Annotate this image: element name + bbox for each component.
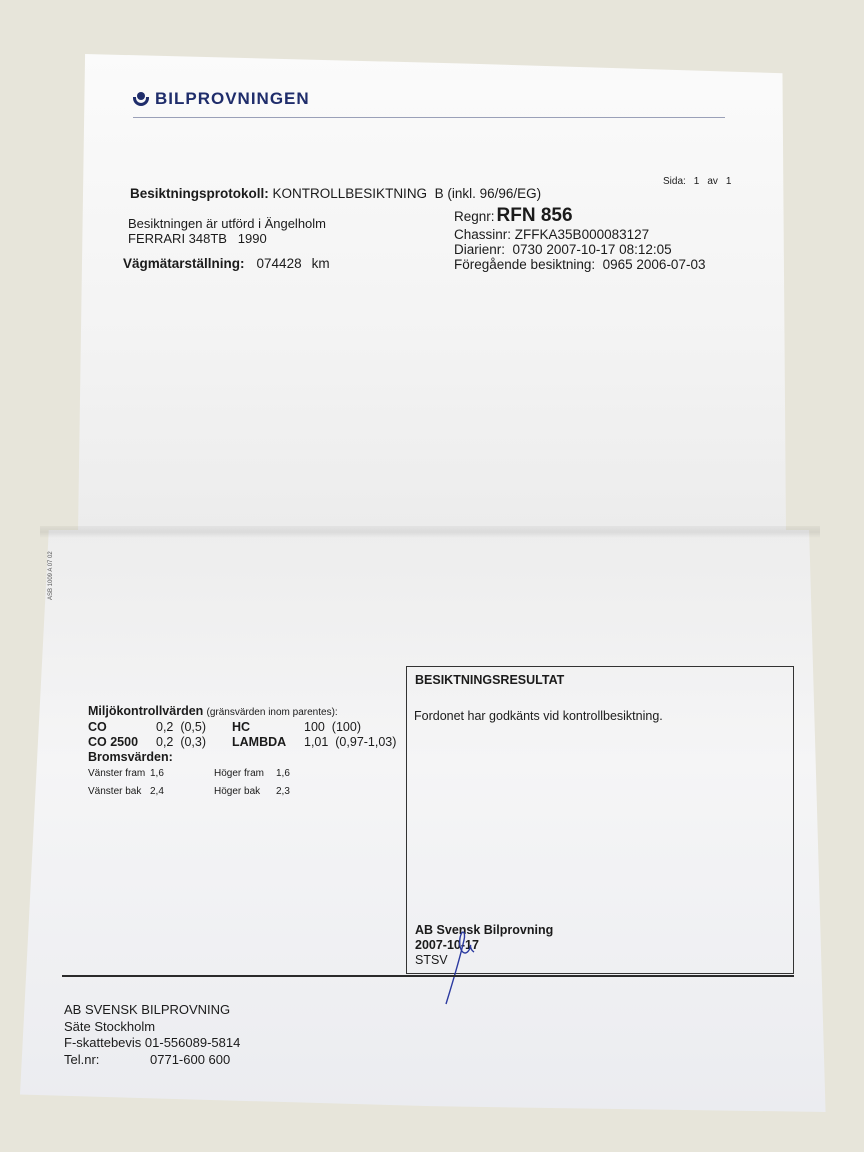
protocol-title: Besiktningsprotokoll: KONTROLLBESIKTNING… xyxy=(130,186,541,201)
previous-inspection: Föregående besiktning: 0965 2006-07-03 xyxy=(454,257,705,272)
footer-company: AB SVENSK BILPROVNING xyxy=(64,1002,240,1019)
inspection-document: BILPROVNINGEN Sida:1av1 Besiktningsproto… xyxy=(0,0,864,1152)
brake-label: Höger fram xyxy=(214,765,276,783)
emission-value: 100 (100) xyxy=(304,720,396,735)
emission-value: 1,01 (0,97-1,03) xyxy=(304,735,396,750)
brake-label: Höger bak xyxy=(214,783,276,801)
paper-fold xyxy=(40,526,820,538)
result-title: BESIKTNINGSRESULTAT xyxy=(415,673,564,687)
environment-heading: Miljökontrollvärden xyxy=(88,704,203,718)
regnr-value: RFN 856 xyxy=(497,205,573,226)
footer-seat: Säte Stockholm xyxy=(64,1019,240,1036)
result-text: Fordonet har godkänts vid kontrollbesikt… xyxy=(414,709,663,723)
brand-logo: BILPROVNINGEN xyxy=(133,89,310,109)
brand-name: BILPROVNINGEN xyxy=(155,89,310,109)
footer-tax: F-skattebevis 01-556089-5814 xyxy=(64,1035,240,1052)
brake-table: Vänster fram1,6Höger fram1,6Vänster bak2… xyxy=(88,765,396,801)
brake-value: 1,6 xyxy=(276,765,396,783)
odometer-label: Vägmätarställning: xyxy=(123,256,245,271)
chassis-number: Chassinr: ZFFKA35B000083127 xyxy=(454,227,649,242)
brake-value: 2,3 xyxy=(276,783,396,801)
header-rule xyxy=(133,117,725,118)
form-code: ASB 1009 A 07 02 xyxy=(48,551,54,600)
inspection-location: Besiktningen är utförd i Ängelholm xyxy=(128,216,326,231)
handwritten-signature xyxy=(440,918,490,1008)
emission-label: HC xyxy=(232,720,304,735)
inspection-info: Besiktningen är utförd i Ängelholm FERRA… xyxy=(128,216,326,246)
odometer: Vägmätarställning:074428km xyxy=(123,256,330,271)
bilprovningen-logo-icon xyxy=(133,92,149,106)
footer-company-info: AB SVENSK BILPROVNING Säte Stockholm F-s… xyxy=(64,1002,240,1068)
emission-value: 0,2 (0,5) xyxy=(156,720,232,735)
emission-label: CO 2500 xyxy=(88,735,156,750)
paper-upper-half xyxy=(78,54,786,534)
odometer-value: 074428 xyxy=(257,256,302,271)
emission-table: CO0,2 (0,5)HC100 (100)CO 25000,2 (0,3)LA… xyxy=(88,720,396,750)
emission-value: 0,2 (0,3) xyxy=(156,735,232,750)
brake-label: Vänster bak xyxy=(88,783,150,801)
registration-number: Regnr:RFN 856 xyxy=(454,205,573,227)
odometer-unit: km xyxy=(312,256,330,271)
brake-value: 1,6 xyxy=(150,765,214,783)
page-indicator: Sida:1av1 xyxy=(663,176,731,187)
protocol-label: Besiktningsprotokoll: xyxy=(130,186,269,201)
diary-number: Diarienr: 0730 2007-10-17 08:12:05 xyxy=(454,242,672,257)
emission-label: CO xyxy=(88,720,156,735)
emission-label: LAMBDA xyxy=(232,735,304,750)
brakes-heading: Bromsvärden: xyxy=(88,750,396,765)
protocol-type: KONTROLLBESIKTNING B (inkl. 96/96/EG) xyxy=(273,186,542,201)
environment-values: Miljökontrollvärden (gränsvärden inom pa… xyxy=(88,704,396,801)
brake-label: Vänster fram xyxy=(88,765,150,783)
footer-divider xyxy=(62,975,794,977)
footer-phone: Tel.nr:0771-600 600 xyxy=(64,1052,240,1069)
brake-value: 2,4 xyxy=(150,783,214,801)
vehicle-model: FERRARI 348TB 1990 xyxy=(128,231,326,246)
